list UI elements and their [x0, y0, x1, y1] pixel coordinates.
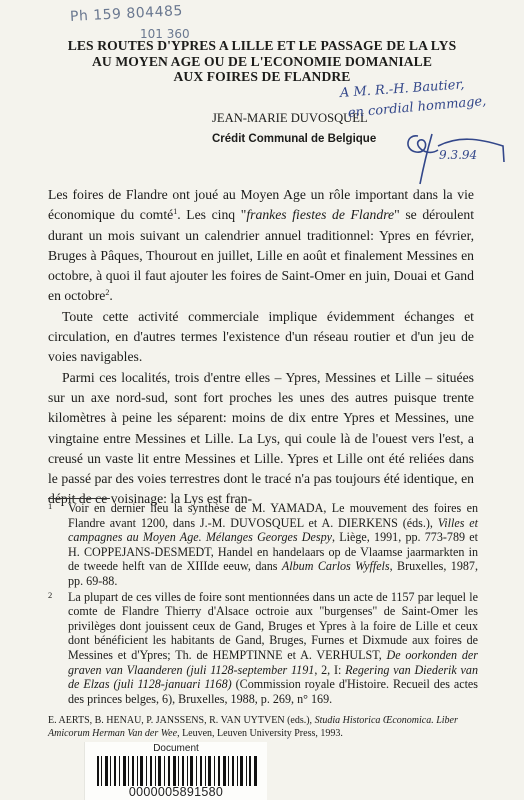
paragraph-2: Toute cette activité commerciale impliqu… — [48, 307, 474, 368]
barcode-sticker: Document 0000005891580 — [84, 742, 267, 800]
footnote-2: 2La plupart de ces villes de foire sont … — [48, 590, 478, 707]
footnote-1: 1Voir en dernier lieu la synthèse de M. … — [48, 501, 478, 589]
paragraph-3: Parmi ces localités, trois d'entre elles… — [48, 368, 474, 510]
dedication-date: 9.3.94 — [439, 148, 477, 162]
footnotes: 1Voir en dernier lieu la synthèse de M. … — [48, 501, 478, 707]
barcode-label: Document — [85, 743, 267, 754]
title-line-2: AU MOYEN AGE OU DE L'ECONOMIE DOMANIALE — [0, 54, 524, 70]
barcode-number: 0000005891580 — [85, 785, 267, 799]
handwritten-dedication: A M. R.-H. Bautier, en cordial hommage, — [340, 84, 520, 124]
footnote-number: 1 — [48, 499, 52, 514]
document-page: Ph 159 804485 101 360 LES ROUTES D'YPRES… — [0, 0, 524, 800]
title-line-1: LES ROUTES D'YPRES A LILLE ET LE PASSAGE… — [0, 38, 524, 54]
article-body: Les foires de Flandre ont joué au Moyen … — [48, 185, 474, 510]
author-affiliation: Crédit Communal de Belgique — [212, 133, 376, 145]
footnote-separator — [48, 498, 110, 499]
publication-credit: E. AERTS, B. HENAU, P. JANSSENS, R. VAN … — [48, 715, 488, 740]
handwritten-shelfmark: Ph 159 804485 — [70, 3, 184, 25]
barcode-icon — [97, 756, 257, 786]
paragraph-1: Les foires de Flandre ont joué au Moyen … — [48, 185, 474, 307]
footnote-number: 2 — [48, 588, 52, 603]
